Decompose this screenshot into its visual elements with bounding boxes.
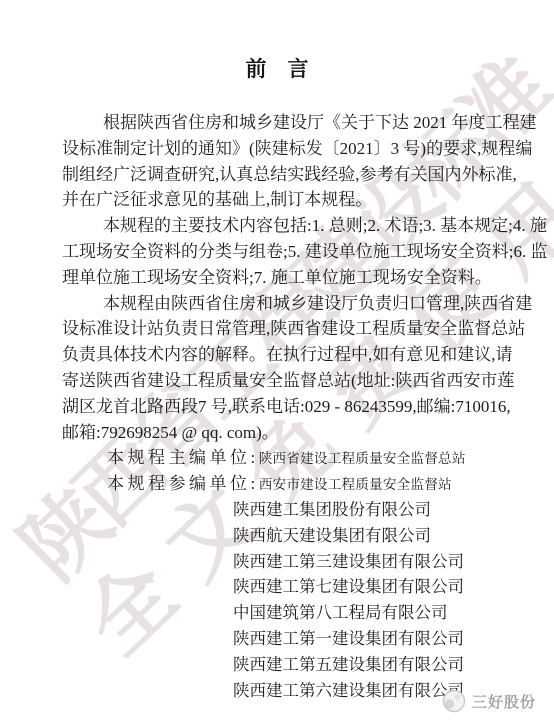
paragraph-line: 工现场安全资料的分类与组卷;5. 建设单位施工现场安全资料;6. 监 [62, 239, 494, 265]
participating-editor-label: 本规程参编单位: [107, 474, 259, 493]
chief-editor-value: 陕西省建设工程质量安全监督总站 [259, 451, 466, 466]
participating-unit: 陕西航天建设集团有限公司 [233, 523, 494, 549]
paragraph-line: 本规程由陕西省住房和城乡建设厅负责归口管理,陕西省建 [62, 291, 494, 317]
participating-unit: 陕西建工第一建设集团有限公司 [233, 626, 494, 652]
paragraph-line: 邮箱:792698254 @ qq. com)。 [62, 420, 494, 446]
paragraph-line: 理单位施工现场安全资料;7. 施工单位施工现场安全资料。 [62, 265, 494, 291]
paragraph-line: 寄送陕西省建设工程质量安全监督总站(地址:陕西省西安市莲 [62, 368, 494, 394]
paragraph-line: 设标准制定计划的通知》(陕建标发〔2021〕3 号)的要求,规程编 [62, 136, 494, 162]
document-body: 根据陕西省住房和城乡建设厅《关于下达 2021 年度工程建 设标准制定计划的通知… [62, 110, 494, 703]
paragraph-line: 负责具体技术内容的解释。在执行过程中,如有意见和建议,请 [62, 342, 494, 368]
brand-name: 三好股份 [472, 691, 536, 712]
page-title: 前 言 [0, 56, 554, 82]
participating-editor-value: 西安市建设工程质量安全监督站 [259, 477, 452, 492]
participating-unit: 陕西建工第七建设集团有限公司 [233, 574, 494, 600]
chief-editor-line: 本规程主编单位:陕西省建设工程质量安全监督总站 [107, 445, 494, 471]
document-page: 陕西省工程建设标准 全文免费使用 前 言 根据陕西省住房和城乡建设厅《关于下达 … [0, 0, 554, 726]
paragraph-line: 本规程的主要技术内容包括:1. 总则;2. 术语;3. 基本规定;4. 施 [62, 213, 494, 239]
participating-unit: 中国建筑第八工程局有限公司 [233, 600, 494, 626]
participating-editor-line: 本规程参编单位:西安市建设工程质量安全监督站 [107, 471, 494, 497]
paragraph-line: 制组经广泛调查研究,认真总结实践经验,参考有关国内外标准, [62, 162, 494, 188]
paragraph-line: 设标准设计站负责日常管理,陕西省建设工程质量安全监督总站 [62, 316, 494, 342]
participating-unit: 陕西建工第三建设集团有限公司 [233, 549, 494, 575]
participating-unit: 陕西建工第五建设集团有限公司 [233, 652, 494, 678]
paragraph-line: 根据陕西省住房和城乡建设厅《关于下达 2021 年度工程建 [62, 110, 494, 136]
paragraph-line: 湖区龙首北路西段7 号,联系电话:029 - 86243599,邮编:71001… [62, 394, 494, 420]
chief-editor-label: 本规程主编单位: [107, 448, 259, 467]
paragraph-line: 并在广泛征求意见的基础上,制订本规程。 [62, 187, 494, 213]
participating-unit: 陕西建工集团股份有限公司 [233, 497, 494, 523]
footer-brand: 三好股份 [441, 688, 536, 714]
sanhao-logo-icon [441, 688, 467, 714]
